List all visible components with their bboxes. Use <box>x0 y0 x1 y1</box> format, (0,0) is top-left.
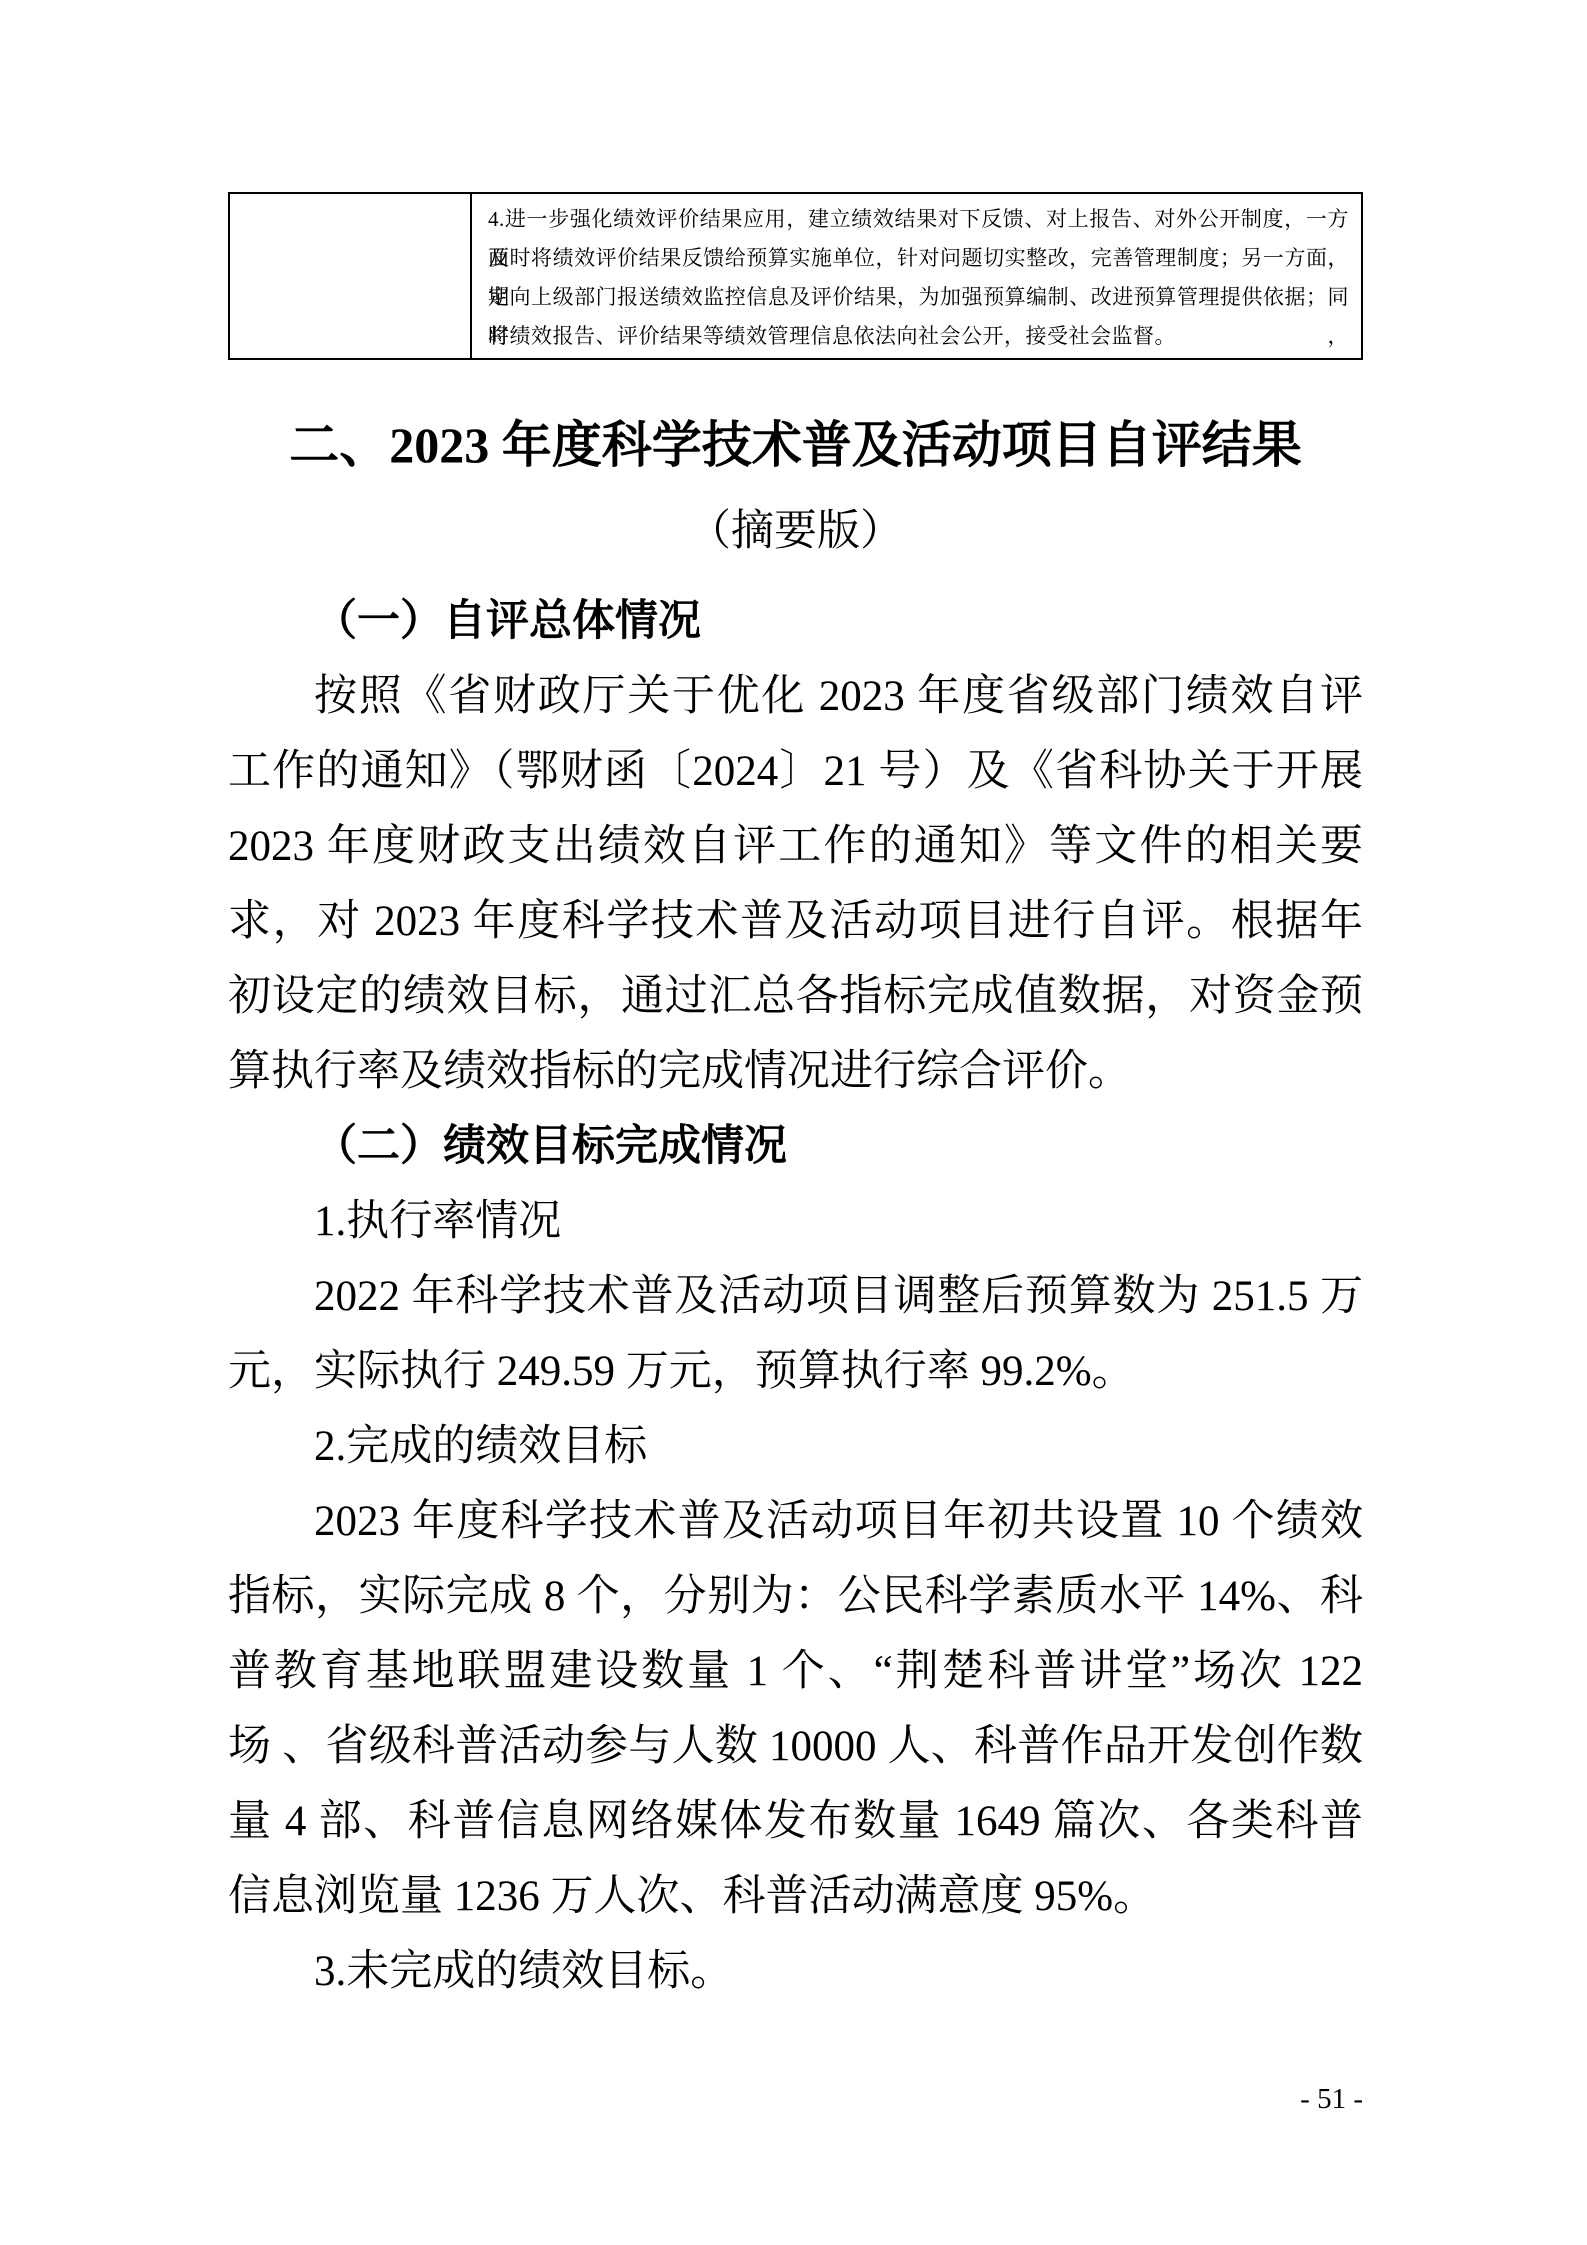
section-heading: 二、2023 年度科学技术普及活动项目自评结果 <box>228 414 1363 476</box>
body-line: 信息浏览量 1236 万人次、科普活动满意度 95%。 <box>228 1859 1363 1934</box>
table-cell-content: 4.进一步强化绩效评价结果应用，建立绩效结果对下反馈、对上报告、对外公开制度，一… <box>472 194 1361 358</box>
body-line: 2023 年度科学技术普及活动项目年初共设置 10 个绩效 <box>228 1484 1363 1559</box>
numbered-item: 2.完成的绩效目标 <box>228 1409 1363 1484</box>
body-line: 初设定的绩效目标，通过汇总各指标完成值数据，对资金预 <box>228 959 1363 1034</box>
body-line: 工作的通知》（鄂财函〔2024〕21 号）及《省科协关于开展 <box>228 734 1363 809</box>
body-line: 2022 年科学技术普及活动项目调整后预算数为 251.5 万 <box>228 1259 1363 1334</box>
page-number: - 51 - <box>228 2082 1363 2116</box>
section-subtitle: （摘要版） <box>228 504 1363 560</box>
table-text-line: 期向上级部门报送绩效监控信息及评价结果，为加强预算编制、改进预算管理提供依据；同… <box>488 278 1349 317</box>
body-line: 2023 年度财政支出绩效自评工作的通知》等文件的相关要 <box>228 809 1363 884</box>
body-line: 元，实际执行 249.59 万元，预算执行率 99.2%。 <box>228 1334 1363 1409</box>
body-line: 按照《省财政厅关于优化 2023 年度省级部门绩效自评 <box>228 659 1363 734</box>
body-line: 求，对 2023 年度科学技术普及活动项目进行自评。根据年 <box>228 884 1363 959</box>
table-text-line: 及时将绩效评价结果反馈给预算实施单位，针对问题切实整改，完善管理制度；另一方面，… <box>488 239 1349 278</box>
body-line: 算执行率及绩效指标的完成情况进行综合评价。 <box>228 1034 1363 1109</box>
body-line: 场 、省级科普活动参与人数 10000 人、科普作品开发创作数 <box>228 1709 1363 1784</box>
numbered-item: 1.执行率情况 <box>228 1184 1363 1259</box>
continuation-table: 4.进一步强化绩效评价结果应用，建立绩效结果对下反馈、对上报告、对外公开制度，一… <box>228 192 1363 360</box>
table-cell-empty <box>230 194 472 358</box>
body-text: （一）自评总体情况 按照《省财政厅关于优化 2023 年度省级部门绩效自评 工作… <box>228 584 1363 2009</box>
body-line: 普教育基地联盟建设数量 1 个、“荆楚科普讲堂”场次 122 <box>228 1634 1363 1709</box>
subsection-heading: （二）绩效目标完成情况 <box>228 1109 1363 1184</box>
table-text-line: 4.进一步强化绩效评价结果应用，建立绩效结果对下反馈、对上报告、对外公开制度，一… <box>488 200 1349 239</box>
subsection-heading: （一）自评总体情况 <box>228 584 1363 659</box>
body-line: 指标，实际完成 8 个，分别为：公民科学素质水平 14%、科 <box>228 1559 1363 1634</box>
body-line: 量 4 部、科普信息网络媒体发布数量 1649 篇次、各类科普 <box>228 1784 1363 1859</box>
numbered-item: 3.未完成的绩效目标。 <box>228 1934 1363 2009</box>
document-page: 4.进一步强化绩效评价结果应用，建立绩效结果对下反馈、对上报告、对外公开制度，一… <box>0 0 1587 2245</box>
